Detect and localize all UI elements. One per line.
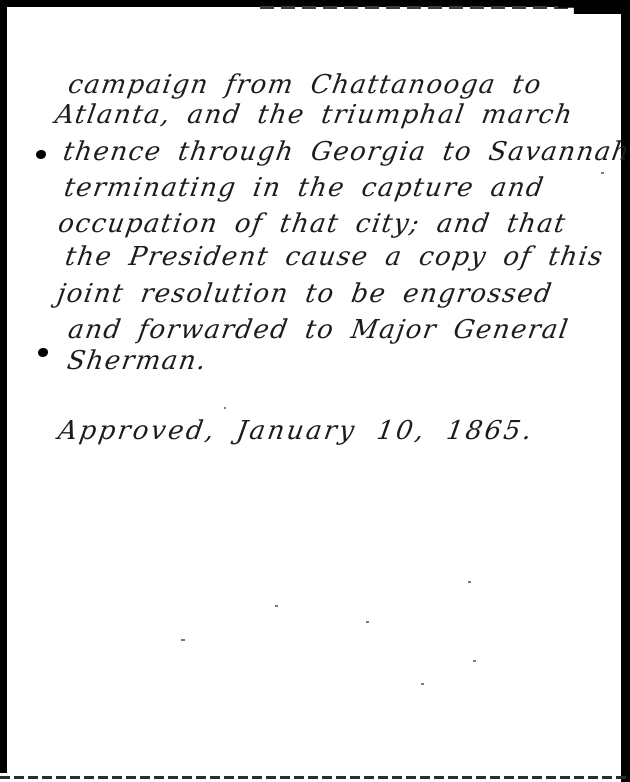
scan-speck [366, 621, 369, 623]
handwritten-line: terminating in the capture and [62, 173, 547, 203]
scan-border-bottom [0, 776, 630, 779]
margin-dot [38, 348, 48, 357]
scan-speck [275, 605, 278, 607]
handwritten-line: thence through Georgia to Savannah, [61, 137, 630, 167]
approval-line: Approved, January 10, 1865. [56, 416, 536, 446]
handwritten-line: campaign from Chattanooga to [66, 70, 544, 100]
handwritten-line: the President cause a copy of this [63, 242, 606, 272]
margin-dot [36, 150, 46, 159]
handwritten-line: occupation of that city; and that [56, 209, 569, 239]
scan-speck [421, 683, 424, 685]
scan-speck [473, 660, 476, 662]
scan-speck [468, 581, 471, 583]
scan-border-left [0, 0, 7, 773]
scanned-document-page: campaign from Chattanooga to Atlanta, an… [0, 0, 630, 782]
scan-speck [601, 172, 604, 174]
scan-speck [181, 639, 185, 641]
scan-border-top-right-corner [558, 0, 630, 14]
handwritten-line: Atlanta, and the triumphal march [53, 100, 576, 130]
handwritten-line: joint resolution to be engrossed [55, 279, 555, 309]
handwritten-line: and forwarded to Major General [66, 315, 571, 345]
scan-border-right [621, 0, 630, 782]
handwritten-line: Sherman. [65, 346, 209, 376]
scan-speck [224, 407, 226, 409]
